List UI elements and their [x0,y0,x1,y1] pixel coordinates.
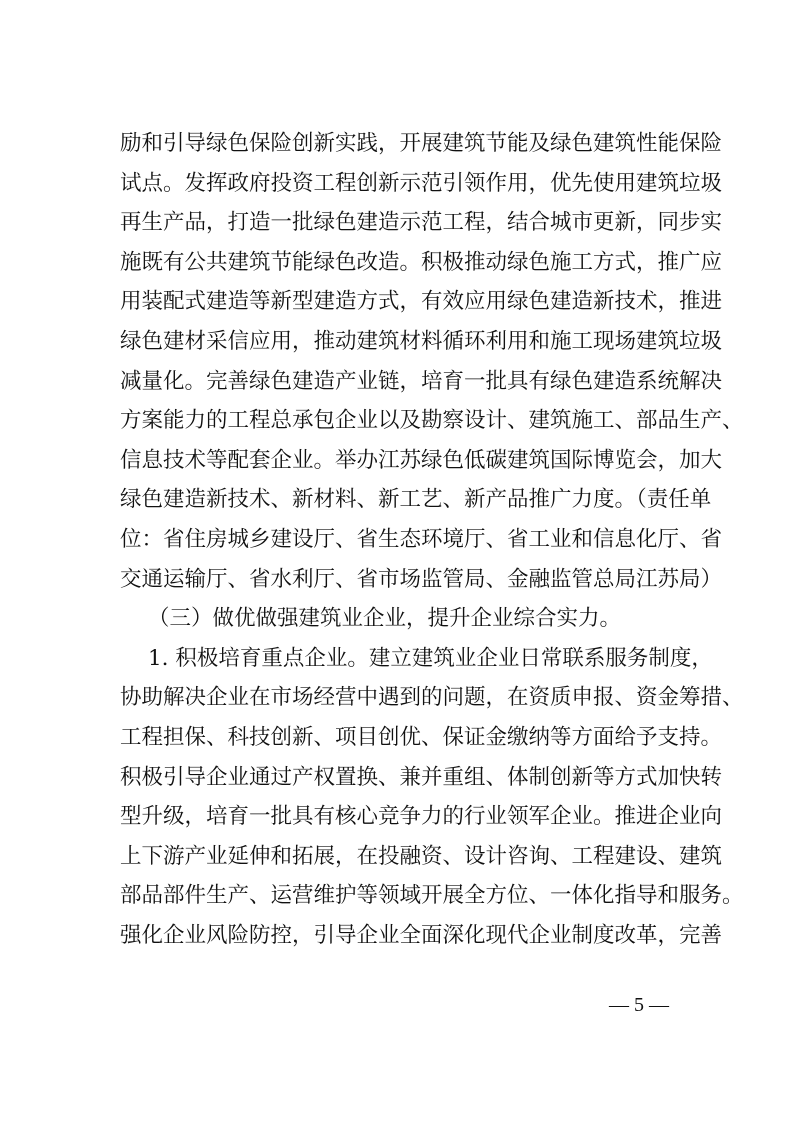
paragraph-line: 协助解决企业在市场经营中遇到的问题，在资质申报、资金筹措、 [120,678,695,718]
paragraph-line: 再生产品，打造一批绿色建造示范工程，结合城市更新，同步实 [120,203,695,243]
paragraph-line: 工程担保、科技创新、项目创优、保证金缴纳等方面给予支持。 [120,718,695,758]
paragraph-line: 施既有公共建筑节能绿色改造。积极推动绿色施工方式，推广应 [120,243,695,283]
paragraph-line: 减量化。完善绿色建造产业链，培育一批具有绿色建造系统解决 [120,362,695,402]
page-number: — 5 — [604,994,674,1017]
paragraph-line: 型升级，培育一批具有核心竞争力的行业领军企业。推进企业向 [120,797,695,837]
paragraph-line: 方案能力的工程总承包企业以及勘察设计、建筑施工、部品生产、 [120,401,695,441]
paragraph-line: 励和引导绿色保险创新实践，开展建筑节能及绿色建筑性能保险 [120,124,695,164]
paragraph-line: 交通运输厅、省水利厅、省市场监管局、金融监管总局江苏局） [120,560,695,600]
paragraph-line: 积极引导企业通过产权置换、兼并重组、体制创新等方式加快转 [120,758,695,798]
paragraph-line: 上下游产业延伸和拓展，在投融资、设计咨询、工程建设、建筑 [120,837,695,877]
paragraph-line: 试点。发挥政府投资工程创新示范引领作用，优先使用建筑垃圾 [120,164,695,204]
paragraph-line: 信息技术等配套企业。举办江苏绿色低碳建筑国际博览会，加大 [120,441,695,481]
document-page: 励和引导绿色保险创新实践，开展建筑节能及绿色建筑性能保险 试点。发挥政府投资工程… [0,0,793,1122]
section-heading: （三）做优做强建筑业企业，提升企业综合实力。 [120,599,695,639]
paragraph-line: 位：省住房城乡建设厅、省生态环境厅、省工业和信息化厅、省 [120,520,695,560]
paragraph-line: 部品部件生产、运营维护等领域开展全方位、一体化指导和服务。 [120,876,695,916]
paragraph-line: 绿色建造新技术、新材料、新工艺、新产品推广力度。（责任单 [120,480,695,520]
paragraph-line: 强化企业风险防控，引导企业全面深化现代企业制度改革，完善 [120,916,695,956]
paragraph-line: 用装配式建造等新型建造方式，有效应用绿色建造新技术，推进 [120,282,695,322]
paragraph-line: 绿色建材采信应用，推动建筑材料循环利用和施工现场建筑垃圾 [120,322,695,362]
numbered-item-heading: 1. 积极培育重点企业。建立建筑业企业日常联系服务制度， [120,639,695,679]
body-text: 励和引导绿色保险创新实践，开展建筑节能及绿色建筑性能保险 试点。发挥政府投资工程… [120,124,695,955]
